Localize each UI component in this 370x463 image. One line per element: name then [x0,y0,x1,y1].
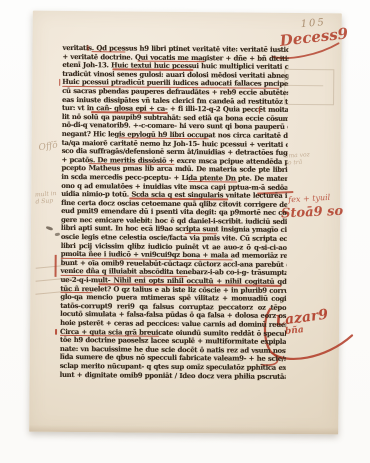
photo-backdrop: 105 Decess9 Sma voz so trā fex + tyuil S… [0,0,370,463]
manuscript-page: 105 Decess9 Sma voz so trā fex + tyuil S… [29,11,342,435]
rubric-margin-bar [55,255,57,277]
margin-note-right-top: Decess9 [279,24,349,50]
margin-note-right-bottom-2: bña [285,325,305,337]
margin-note-left-2: mult in d Sup [35,190,58,206]
rubric-initial-mark [59,79,61,86]
ink-mark [46,226,54,231]
margin-note-left-1: Offō [38,140,58,153]
text-line: lunt + dignitate omib9 pponiāt / Ideo do… [60,370,286,381]
margin-note-right-mid-1: fex + tyuil [288,193,330,205]
margin-note-right-mid-2: Stoā9 so [281,204,344,222]
rubric-initial-mark [259,107,261,114]
text-block: veritatis. Qd pcessus h9 libri ptinet ve… [60,44,289,381]
margin-note-right-faint: Sma voz so trā [284,151,310,167]
rubric-underline [185,233,217,234]
ink-mark [55,232,60,236]
pencil-sketch-box [284,69,334,105]
rubric-initial-mark [55,328,57,335]
